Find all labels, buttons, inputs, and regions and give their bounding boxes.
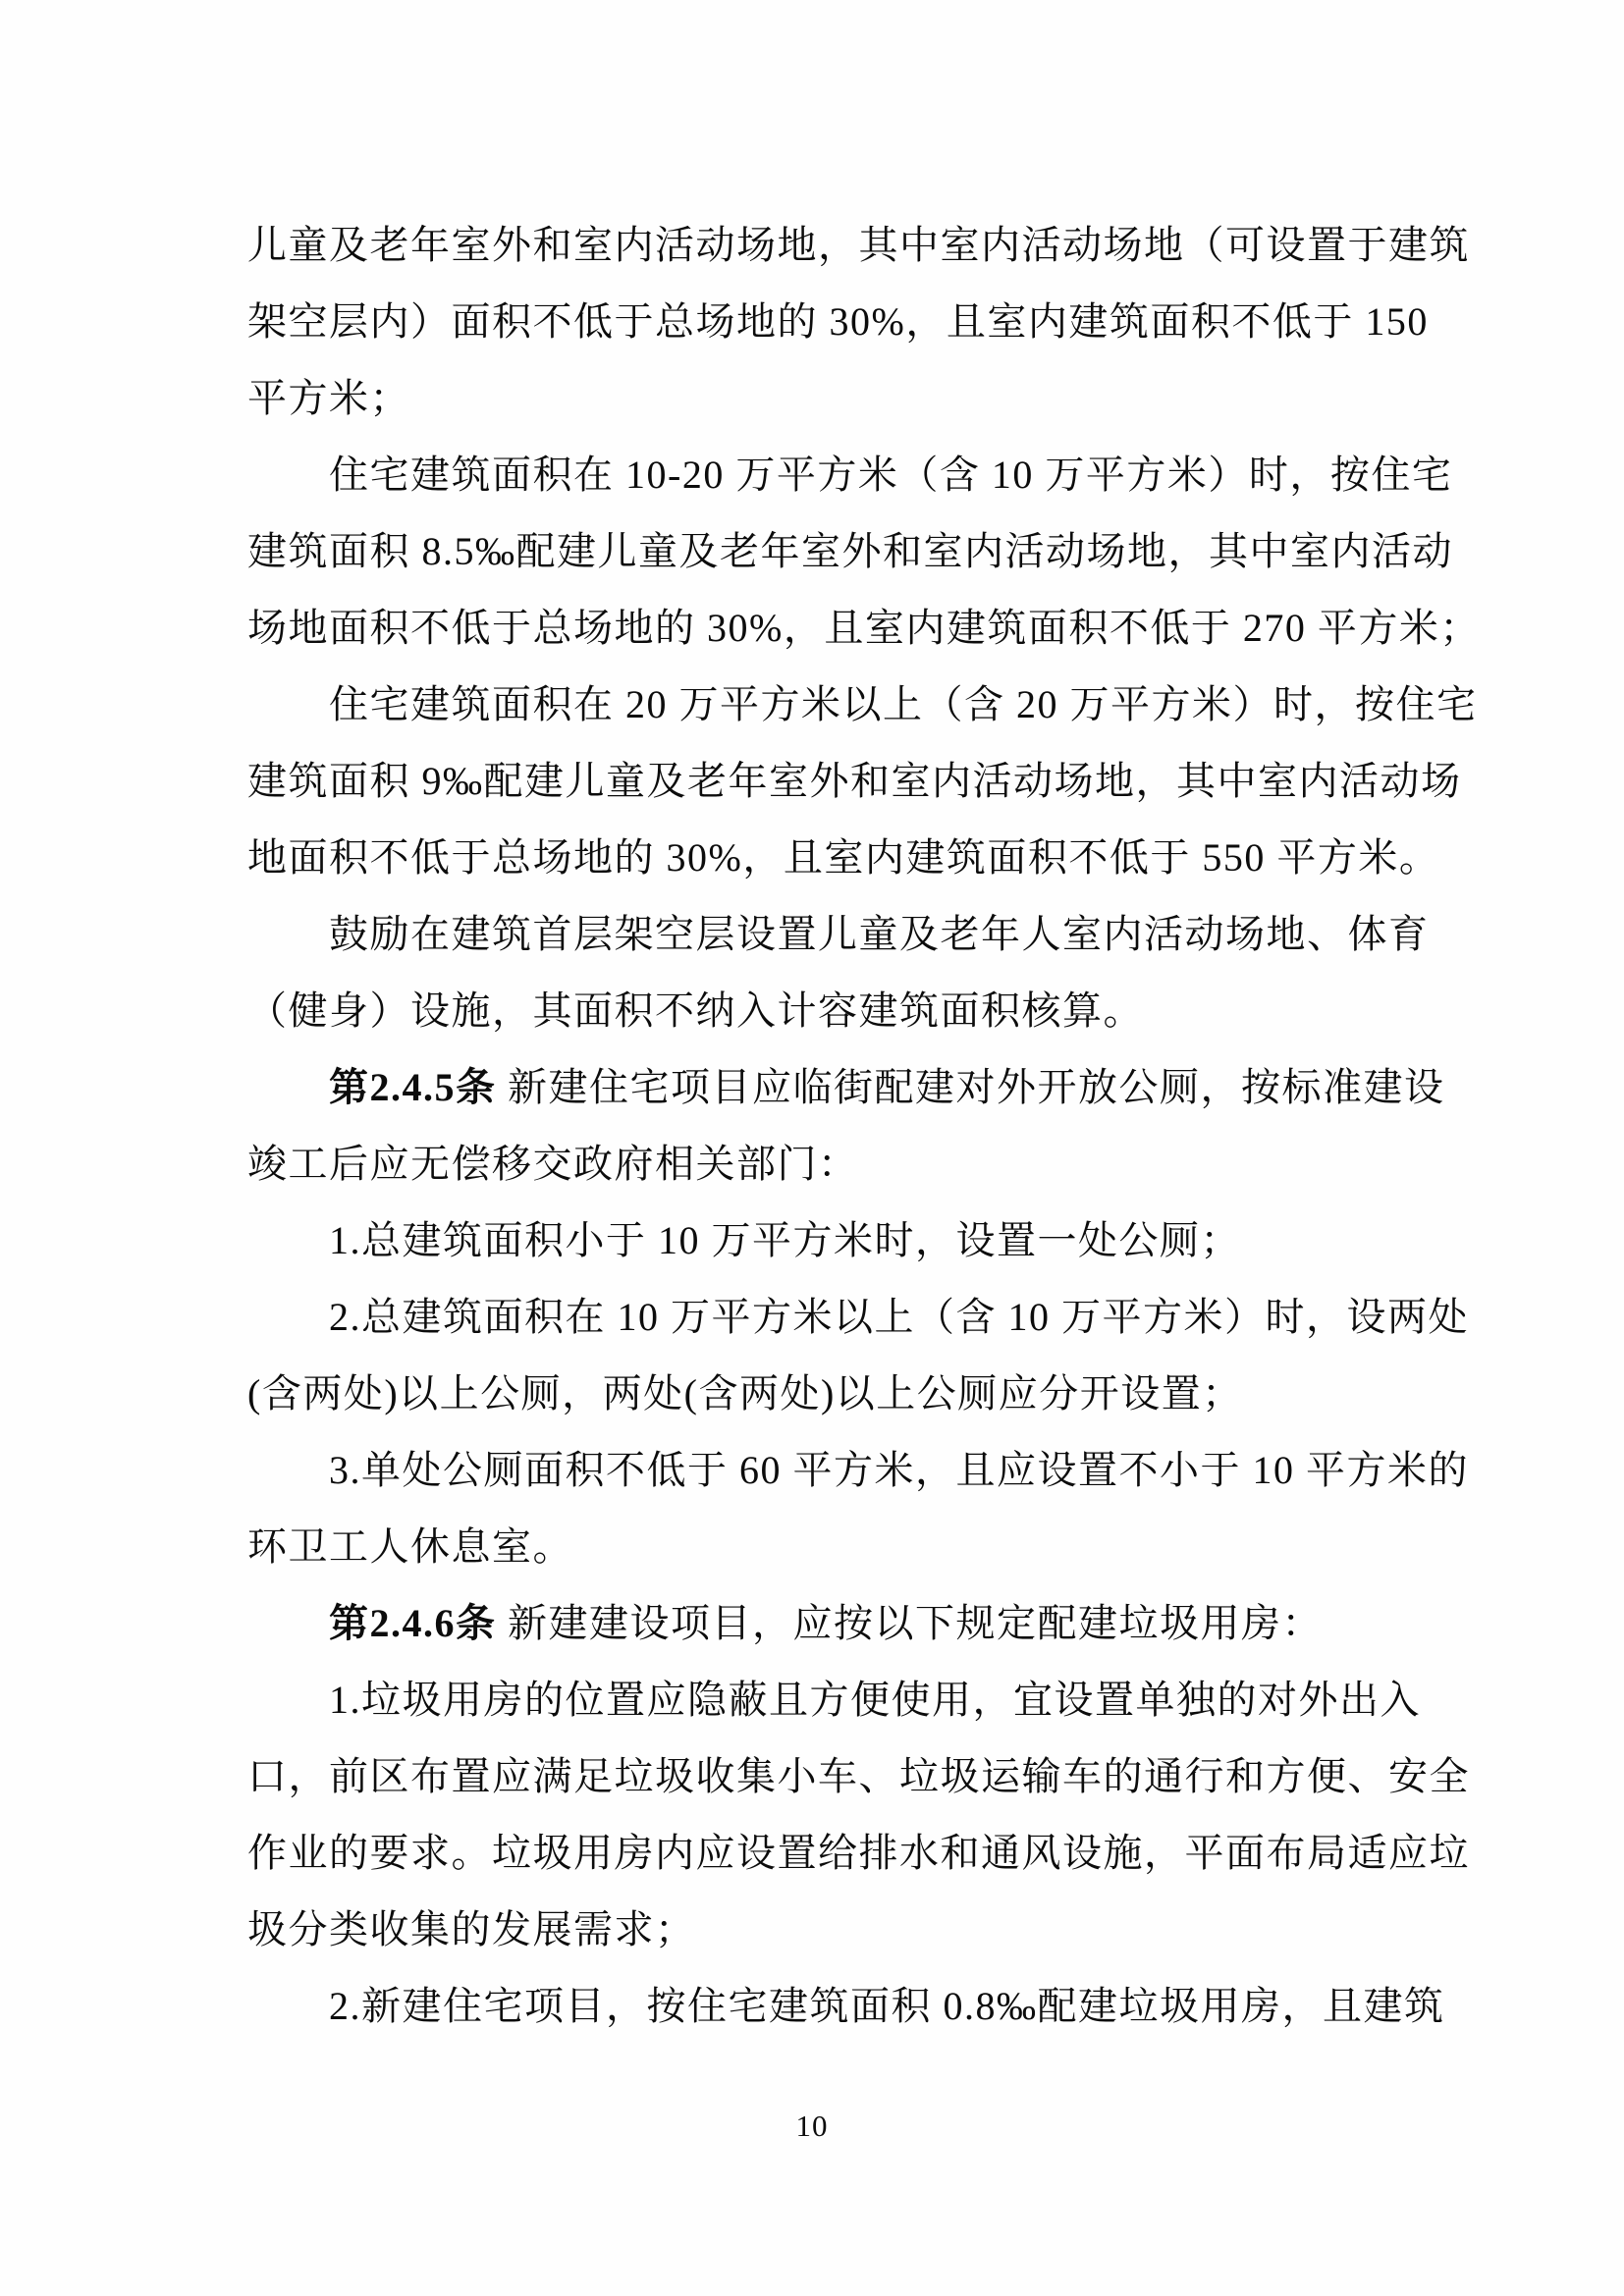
line-text: (含两处)以上公厕，两处(含两处)以上公厕应分开设置； <box>247 1371 1243 1415</box>
document-page: 儿童及老年室外和室内活动场地，其中室内活动场地（可设置于建筑 架空层内）面积不低… <box>0 0 1624 2296</box>
text-line: (含两处)以上公厕，两处(含两处)以上公厕应分开设置； <box>247 1356 1465 1432</box>
line-text: 2.新建住宅项目，按住宅建筑面积 0.8‰配建垃圾用房，且建筑 <box>329 1984 1445 2028</box>
text-line: 场地面积不低于总场地的 30%，且室内建筑面积不低于 270 平方米； <box>247 590 1465 667</box>
text-line: 儿童及老年室外和室内活动场地，其中室内活动场地（可设置于建筑 <box>247 207 1465 284</box>
line-text: 儿童及老年室外和室内活动场地，其中室内活动场地（可设置于建筑 <box>247 223 1470 267</box>
page-number: 10 <box>0 2107 1624 2146</box>
text-line: 建筑面积 8.5‰配建儿童及老年室外和室内活动场地，其中室内活动 <box>247 513 1465 590</box>
text-line: 作业的要求。垃圾用房内应设置给排水和通风设施，平面布局适应垃 <box>247 1815 1465 1892</box>
line-text: 平方米； <box>247 376 410 420</box>
text-line: 圾分类收集的发展需求； <box>247 1892 1465 1968</box>
text-line: 建筑面积 9‰配建儿童及老年室外和室内活动场地，其中室内活动场 <box>247 743 1465 820</box>
line-text: 1.总建筑面积小于 10 万平方米时，设置一处公厕； <box>329 1218 1241 1262</box>
text-line-clause: 第2.4.6条 新建建设项目，应按以下规定配建垃圾用房： <box>247 1585 1465 1662</box>
text-line: （健身）设施，其面积不纳入计容建筑面积核算。 <box>247 973 1465 1049</box>
document-body: 儿童及老年室外和室内活动场地，其中室内活动场地（可设置于建筑 架空层内）面积不低… <box>247 207 1465 2045</box>
line-text: （健身）设施，其面积不纳入计容建筑面积核算。 <box>247 988 1144 1033</box>
line-text: 建筑面积 9‰配建儿童及老年室外和室内活动场地，其中室内活动场 <box>247 759 1462 803</box>
text-line: 平方米； <box>247 360 1465 437</box>
text-line: 2.总建筑面积在 10 万平方米以上（含 10 万平方米）时，设两处 <box>247 1279 1465 1356</box>
text-line: 3.单处公厕面积不低于 60 平方米，且应设置不小于 10 平方米的 <box>247 1432 1465 1509</box>
text-line: 1.总建筑面积小于 10 万平方米时，设置一处公厕； <box>247 1202 1465 1279</box>
line-text: 新建建设项目，应按以下规定配建垃圾用房： <box>497 1601 1324 1645</box>
text-line: 地面积不低于总场地的 30%，且室内建筑面积不低于 550 平方米。 <box>247 820 1465 896</box>
line-text: 作业的要求。垃圾用房内应设置给排水和通风设施，平面布局适应垃 <box>247 1831 1470 1875</box>
clause-number: 第2.4.6条 <box>329 1601 497 1645</box>
line-text: 场地面积不低于总场地的 30%，且室内建筑面积不低于 270 平方米； <box>247 606 1481 650</box>
text-line: 住宅建筑面积在 10-20 万平方米（含 10 万平方米）时，按住宅 <box>247 437 1465 513</box>
line-text: 住宅建筑面积在 10-20 万平方米（含 10 万平方米）时，按住宅 <box>329 453 1452 497</box>
text-line-clause: 第2.4.5条 新建住宅项目应临街配建对外开放公厕，按标准建设 <box>247 1049 1465 1126</box>
line-text: 圾分类收集的发展需求； <box>247 1907 696 1951</box>
line-text: 3.单处公厕面积不低于 60 平方米，且应设置不小于 10 平方米的 <box>329 1448 1469 1492</box>
line-text: 架空层内）面积不低于总场地的 30%，且室内建筑面积不低于 150 <box>247 299 1429 344</box>
line-text: 口，前区布置应满足垃圾收集小车、垃圾运输车的通行和方便、安全 <box>247 1754 1470 1798</box>
line-text: 鼓励在建筑首层架空层设置儿童及老年人室内活动场地、体育 <box>329 912 1430 956</box>
line-text: 建筑面积 8.5‰配建儿童及老年室外和室内活动场地，其中室内活动 <box>247 529 1453 573</box>
text-line: 口，前区布置应满足垃圾收集小车、垃圾运输车的通行和方便、安全 <box>247 1738 1465 1815</box>
line-text: 新建住宅项目应临街配建对外开放公厕，按标准建设 <box>497 1065 1445 1109</box>
line-text: 2.总建筑面积在 10 万平方米以上（含 10 万平方米）时，设两处 <box>329 1295 1469 1339</box>
clause-number: 第2.4.5条 <box>329 1065 497 1109</box>
text-line: 环卫工人休息室。 <box>247 1509 1465 1585</box>
text-line: 住宅建筑面积在 20 万平方米以上（含 20 万平方米）时，按住宅 <box>247 667 1465 743</box>
text-line: 架空层内）面积不低于总场地的 30%，且室内建筑面积不低于 150 <box>247 284 1465 360</box>
line-text: 1.垃圾用房的位置应隐蔽且方便使用，宜设置单独的对外出入 <box>329 1678 1421 1722</box>
line-text: 住宅建筑面积在 20 万平方米以上（含 20 万平方米）时，按住宅 <box>329 682 1478 726</box>
line-text: 环卫工人休息室。 <box>247 1524 573 1569</box>
text-line: 1.垃圾用房的位置应隐蔽且方便使用，宜设置单独的对外出入 <box>247 1662 1465 1738</box>
line-text: 竣工后应无偿移交政府相关部门： <box>247 1142 859 1186</box>
text-line: 2.新建住宅项目，按住宅建筑面积 0.8‰配建垃圾用房，且建筑 <box>247 1968 1465 2045</box>
line-text: 地面积不低于总场地的 30%，且室内建筑面积不低于 550 平方米。 <box>247 835 1439 880</box>
text-line: 鼓励在建筑首层架空层设置儿童及老年人室内活动场地、体育 <box>247 896 1465 973</box>
text-line: 竣工后应无偿移交政府相关部门： <box>247 1126 1465 1202</box>
